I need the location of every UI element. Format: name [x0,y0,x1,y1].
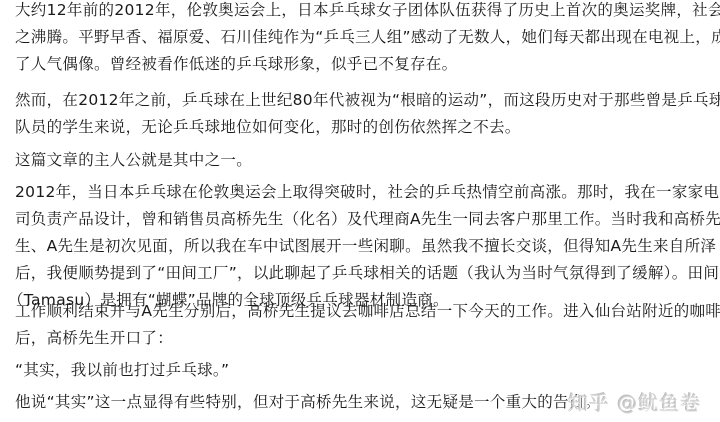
paragraph-7: 他说“其实”这一点显得有些特别，但对于高桥先生来说，这无疑是一个重大的告白。 [15,389,600,416]
text-line: 司负责产品设计，曾和销售员高桥先生（化名）及代理商A先生一同去客户那里工作。当时… [15,206,720,233]
text-line: 大约12年前的2012年，伦敦奥运会上，日本乒乓球女子团体队伍获得了历史上首次的… [15,0,720,24]
text-line: 队员的学生来说，无论乒乓球地位如何变化，那时的创伤依然挥之不去。 [15,114,720,141]
text-line: 后，我便顺势提到了“田间工厂”，以此聊起了乒乓球相关的话题（我认为当时气氛得到了… [15,260,720,287]
text-line: 之沸腾。平野早香、福原爱、石川佳纯作为“乒乓三人组”感动了无数人，她们每天都出现… [15,24,720,51]
text-line: 工作顺利结束并与A先生分别后，高桥先生提议去咖啡店总结一下今天的工作。进入仙台站… [15,298,720,325]
text-line: 这篇文章的主人公就是其中之一。 [15,147,252,174]
paragraph-3: 这篇文章的主人公就是其中之一。 [15,147,252,174]
zhihu-watermark: 知乎 @鱿鱼卷 [568,387,701,416]
text-line: 然而，在2012年之前，乒乓球在上世纪80年代被视为“根暗的运动”，而这段历史对… [15,87,720,114]
text-line: 后，高桥先生开口了： [15,325,720,352]
text-line: 生、A先生是初次见面，所以我在车中试图展开一些闲聊。虽然我不擅长交谈，但得知A先… [15,233,720,260]
paragraph-6: “其实，我以前也打过乒乓球。” [15,357,229,384]
text-line: 了人气偶像。曾经被看作低迷的乒乓球形象，似乎已不复存在。 [15,51,720,78]
paragraph-1: 大约12年前的2012年，伦敦奥运会上，日本乒乓球女子团体队伍获得了历史上首次的… [15,0,720,78]
paragraph-5: 工作顺利结束并与A先生分别后，高桥先生提议去咖啡店总结一下今天的工作。进入仙台站… [15,298,720,352]
text-line: 2012年，当日本乒乓球在伦敦奥运会上取得突破时，社会的乒乓热情空前高涨。那时，… [15,179,720,206]
text-line: 他说“其实”这一点显得有些特别，但对于高桥先生来说，这无疑是一个重大的告白。 [15,389,600,416]
text-line: “其实，我以前也打过乒乓球。” [15,357,229,384]
paragraph-2: 然而，在2012年之前，乒乓球在上世纪80年代被视为“根暗的运动”，而这段历史对… [15,87,720,141]
paragraph-4: 2012年，当日本乒乓球在伦敦奥运会上取得突破时，社会的乒乓热情空前高涨。那时，… [15,179,720,314]
